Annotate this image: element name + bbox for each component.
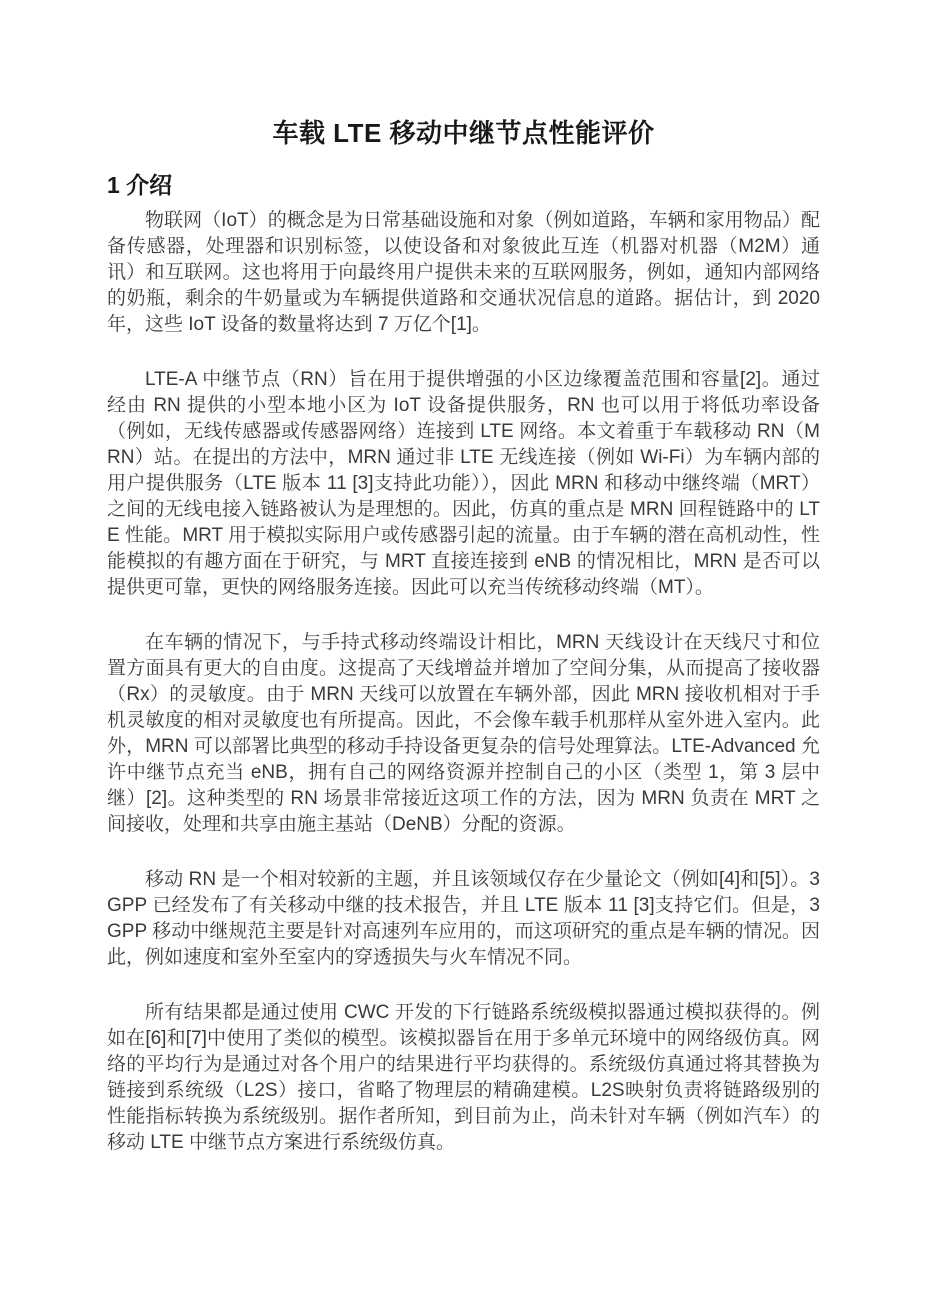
paragraph-iot-concept: 物联网（IoT）的概念是为日常基础设施和对象（例如道路，车辆和家用物品）配备传感… (107, 208, 820, 338)
paragraph-simulation-results: 所有结果都是通过使用 CWC 开发的下行链路系统级模拟器通过模拟获得的。例如在[… (107, 1000, 820, 1156)
document-title: 车载 LTE 移动中继节点性能评价 (107, 118, 820, 148)
paragraph-lte-relay-node: LTE-A 中继节点（RN）旨在用于提供增强的小区边缘覆盖范围和容量[2]。通过… (107, 367, 820, 601)
section-heading-introduction: 1 介绍 (107, 171, 820, 199)
paragraph-mobile-rn-topic: 移动 RN 是一个相对较新的主题，并且该领域仅存在少量论文（例如[4]和[5]）… (107, 867, 820, 971)
paragraph-mrn-antenna-design: 在车辆的情况下，与手持式移动终端设计相比，MRN 天线设计在天线尺寸和位置方面具… (107, 630, 820, 838)
document-page: 车载 LTE 移动中继节点性能评价 1 介绍 物联网（IoT）的概念是为日常基础… (0, 0, 926, 1309)
